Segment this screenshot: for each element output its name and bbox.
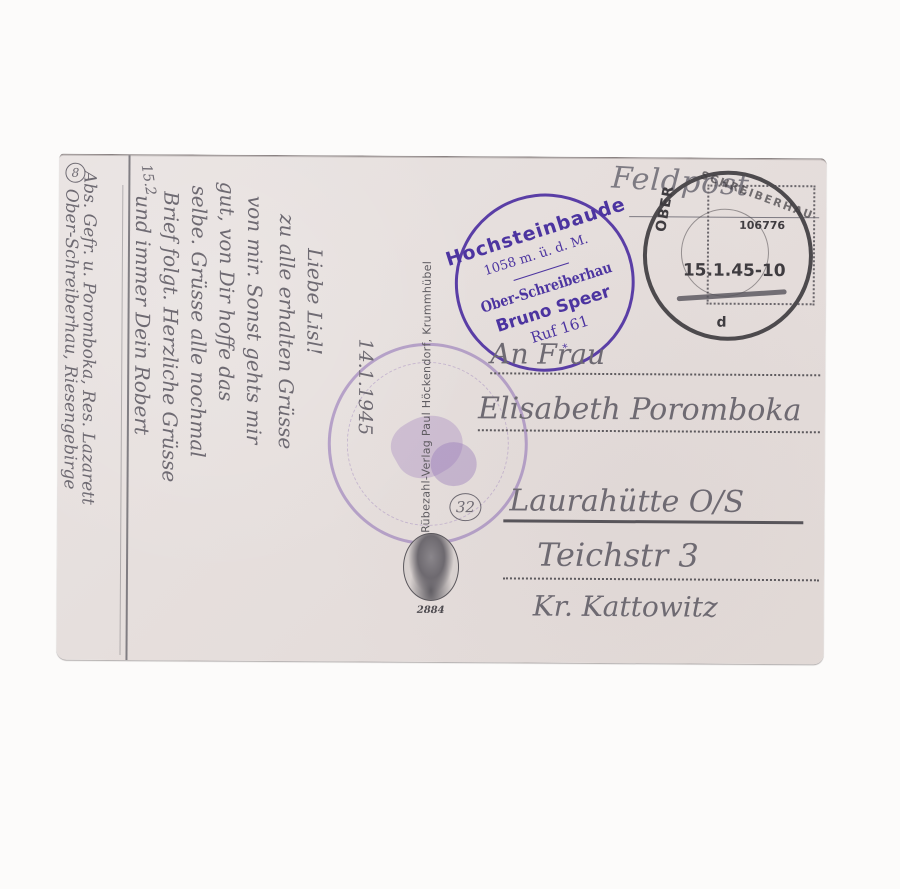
address-salutation: An Frau [490,337,605,371]
publisher-imprint-wrap: Rübezahl-Verlag Paul Höckendorf, Krummhü… [419,533,420,534]
written-date: 14.1.1945 [354,338,377,435]
circled-postal-code: 32 [449,493,481,521]
address-line-3 [503,577,819,581]
sender-line-2: Ober-Schreiberhau, Riesengebirge [60,189,82,490]
address-name: Elisabeth Poromboka [478,391,802,428]
address-line-2 [478,429,820,433]
emblem-circle-icon [431,442,477,486]
message-line-8: und immer Dein Robert [130,195,155,435]
postmark: SCHREIBERHAU OBER 15.1.45-10 d [642,170,813,341]
sender-divider-line-faint [119,185,123,655]
postmark-inner-ring [681,208,770,297]
print-number: 2884 [417,605,445,616]
message-line-5: gut, von Dir hoffe das [214,182,239,402]
postmark-date: 15.1.45-10 [683,260,786,281]
message-line-3: zu alle erhalten Grüsse [274,214,299,449]
address-district: Kr. Kattowitz [533,590,718,624]
address-line-1 [490,372,820,376]
message-line-4: von mir. Sonst gehts mir [242,196,268,445]
publisher-imprint: Rübezahl-Verlag Paul Höckendorf, Krummhü… [419,261,434,533]
address-town: Laurahütte O/S [509,483,744,519]
pencil-note: 15.2 [138,163,159,196]
rubezahl-vignette-icon [403,533,459,601]
message-line-7: Brief folgt. Herzliche Grüsse [158,191,184,482]
message-line-6: selbe. Grüsse alle nochmal [186,185,212,457]
postcard: 8 Abs. Gefr. u. Poromboka, Res. Lazarett… [56,154,826,665]
message-line-1: Liebe Lisl! [302,248,327,355]
address-street: Teichstr 3 [537,536,699,575]
address-town-underline [503,519,803,524]
postmark-code-letter: d [716,315,726,331]
